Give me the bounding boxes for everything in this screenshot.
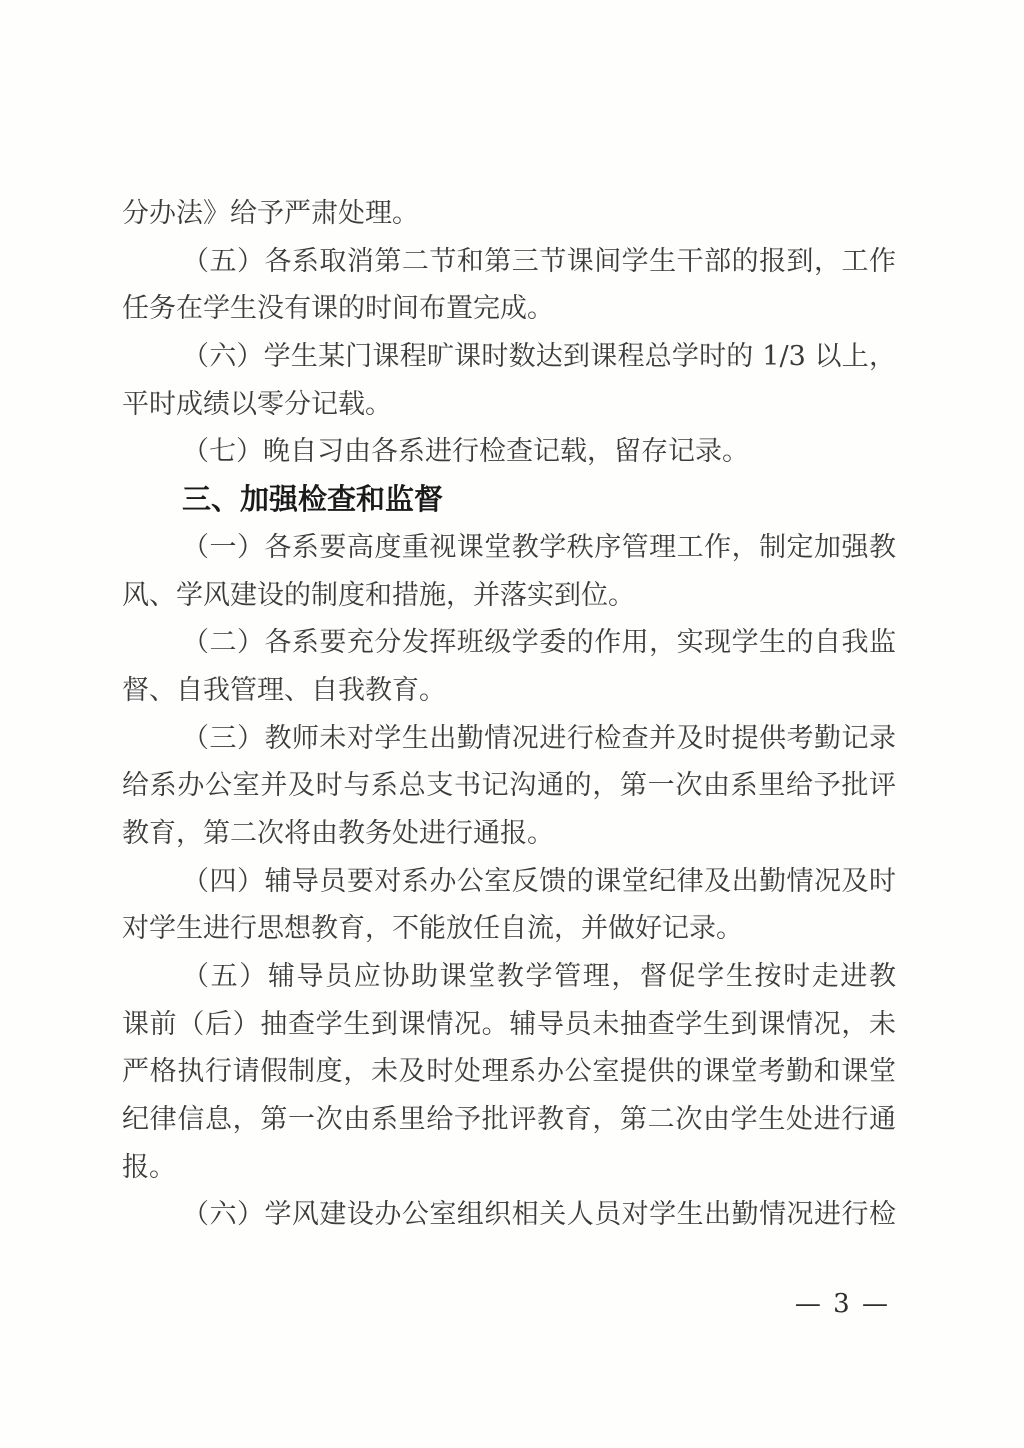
text-line: （五）辅导员应协助课堂教学管理，督促学生按时走进教室，: [122, 953, 896, 1001]
text-line: 教育，第二次将由教务处进行通报。: [122, 810, 896, 858]
page-number: — 3 —: [795, 1288, 890, 1320]
text-line: 给系办公室并及时与系总支书记沟通的，第一次由系里给予批评: [122, 762, 896, 810]
text-line: （三）教师未对学生出勤情况进行检查并及时提供考勤记录: [122, 715, 896, 763]
text-line: 课前（后）抽查学生到课情况。辅导员未抽查学生到课情况，未: [122, 1001, 896, 1049]
text-line: 分办法》给予严肃处理。: [122, 190, 896, 238]
text-line: （五）各系取消第二节和第三节课间学生干部的报到，工作: [122, 238, 896, 286]
text-line: （二）各系要充分发挥班级学委的作用，实现学生的自我监: [122, 619, 896, 667]
section-heading: 三、加强检查和监督: [122, 476, 896, 524]
text-line: 任务在学生没有课的时间布置完成。: [122, 285, 896, 333]
document-page: 分办法》给予严肃处理。（五）各系取消第二节和第三节课间学生干部的报到，工作任务在…: [0, 0, 1024, 1448]
text-line: （七）晚自习由各系进行检查记载，留存记录。: [122, 428, 896, 476]
text-line: 纪律信息，第一次由系里给予批评教育，第二次由学生处进行通: [122, 1096, 896, 1144]
text-line: 督、自我管理、自我教育。: [122, 667, 896, 715]
text-line: 报。: [122, 1144, 896, 1192]
text-line: （一）各系要高度重视课堂教学秩序管理工作，制定加强教: [122, 524, 896, 572]
text-line: 对学生进行思想教育，不能放任自流，并做好记录。: [122, 905, 896, 953]
text-line: 严格执行请假制度，未及时处理系办公室提供的课堂考勤和课堂: [122, 1048, 896, 1096]
text-line: （六）学风建设办公室组织相关人员对学生出勤情况进行检: [122, 1191, 896, 1239]
text-line: （四）辅导员要对系办公室反馈的课堂纪律及出勤情况及时: [122, 858, 896, 906]
text-line: 平时成绩以零分记载。: [122, 381, 896, 429]
text-line: （六）学生某门课程旷课时数达到课程总学时的 1/3 以上，: [122, 333, 896, 381]
text-line: 风、学风建设的制度和措施，并落实到位。: [122, 572, 896, 620]
document-body: 分办法》给予严肃处理。（五）各系取消第二节和第三节课间学生干部的报到，工作任务在…: [122, 190, 896, 1239]
